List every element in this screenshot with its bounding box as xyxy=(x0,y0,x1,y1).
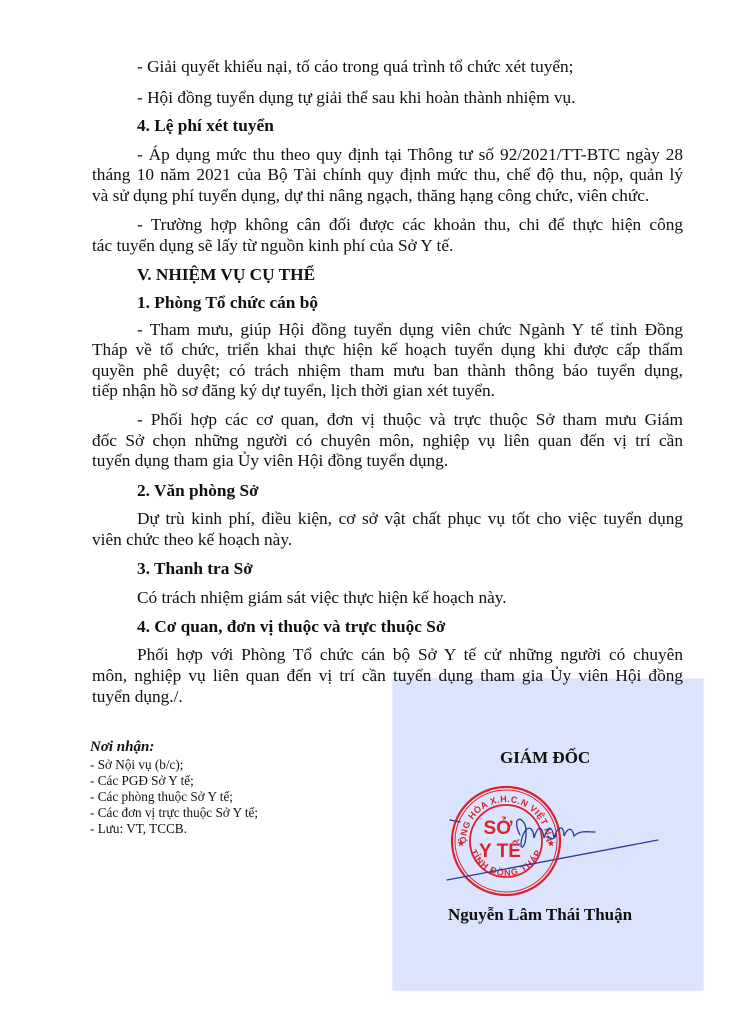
recipient-item: - Các phòng thuộc Sở Y tế; xyxy=(90,789,233,805)
text-line: và sử dụng phí tuyển dụng, dự thi nâng n… xyxy=(92,185,683,206)
recipient-item: - Sở Nội vụ (b/c); xyxy=(90,757,183,773)
svg-text:★: ★ xyxy=(457,839,465,848)
stamp-line2: Y TẾ xyxy=(479,840,521,862)
text-line: Dự trù kinh phí, điều kiện, cơ sở vật ch… xyxy=(137,508,683,529)
signer-name: Nguyễn Lâm Thái Thuận xyxy=(448,905,632,925)
text-line: - Hội đồng tuyển dụng tự giải thể sau kh… xyxy=(137,87,683,108)
signer-title: GIÁM ĐỐC xyxy=(500,748,590,768)
text-line: - Phối hợp các cơ quan, đơn vị thuộc và … xyxy=(137,409,683,430)
recipient-item: - Các PGĐ Sở Y tế; xyxy=(90,773,194,789)
heading-v2: 2. Văn phòng Sở xyxy=(137,480,728,501)
text-line: tháng 10 năm 2021 của Bộ Tài chính quy đ… xyxy=(92,164,683,185)
text-line: quyền phê duyệt; có trách nhiệm tham mưu… xyxy=(92,360,683,381)
text-line: Tháp về tổ chức, triển khai thực hiện kế… xyxy=(92,339,683,360)
heading-v1: 1. Phòng Tổ chức cán bộ xyxy=(137,292,728,313)
text-line: tuyển dụng tham gia Ủy viên Hội đồng tuy… xyxy=(92,450,683,471)
text-line: tuyển dụng./. xyxy=(92,686,683,707)
recipients-title: Nơi nhận: xyxy=(90,740,154,756)
text-line: Có trách nhiệm giám sát việc thực hiện k… xyxy=(137,587,683,608)
text-line: tiếp nhận hồ sơ đăng ký dự tuyển, lịch t… xyxy=(92,380,683,401)
text-line: - Trường hợp không cân đối được các khoả… xyxy=(137,214,683,235)
recipient-item: - Lưu: VT, TCCB. xyxy=(90,821,187,837)
text-line: - Tham mưu, giúp Hội đồng tuyển dụng viê… xyxy=(137,319,683,340)
heading-v3: 3. Thanh tra Sở xyxy=(137,558,728,579)
text-line: Phối hợp với Phòng Tổ chức cán bộ Sở Y t… xyxy=(137,644,683,665)
text-line: - Giải quyết khiếu nại, tố cáo trong quá… xyxy=(137,56,683,77)
recipient-item: - Các đơn vị trực thuộc Sở Y tế; xyxy=(90,805,258,821)
svg-text:★: ★ xyxy=(547,839,555,848)
heading-section-v: V. NHIỆM VỤ CỤ THỂ xyxy=(137,264,728,285)
text-line: đốc Sở chọn những người có chuyên môn, n… xyxy=(92,430,683,451)
official-stamp-icon: CỘNG HÒA X.H.C.N VIỆT NAM TỈNH ĐỒNG THÁP… xyxy=(430,780,670,900)
text-line: môn, nghiệp vụ liên quan đến vị trí cần … xyxy=(92,665,683,686)
stamp-line1: SỞ xyxy=(484,817,514,839)
text-line: tác tuyển dụng sẽ lấy từ nguồn kinh phí … xyxy=(92,235,683,256)
text-line: - Áp dụng mức thu theo quy định tại Thôn… xyxy=(137,144,683,165)
heading-fee: 4. Lệ phí xét tuyển xyxy=(137,115,728,136)
text-line: viên chức theo kế hoạch này. xyxy=(92,529,683,550)
heading-v4: 4. Cơ quan, đơn vị thuộc và trực thuộc S… xyxy=(137,616,728,637)
